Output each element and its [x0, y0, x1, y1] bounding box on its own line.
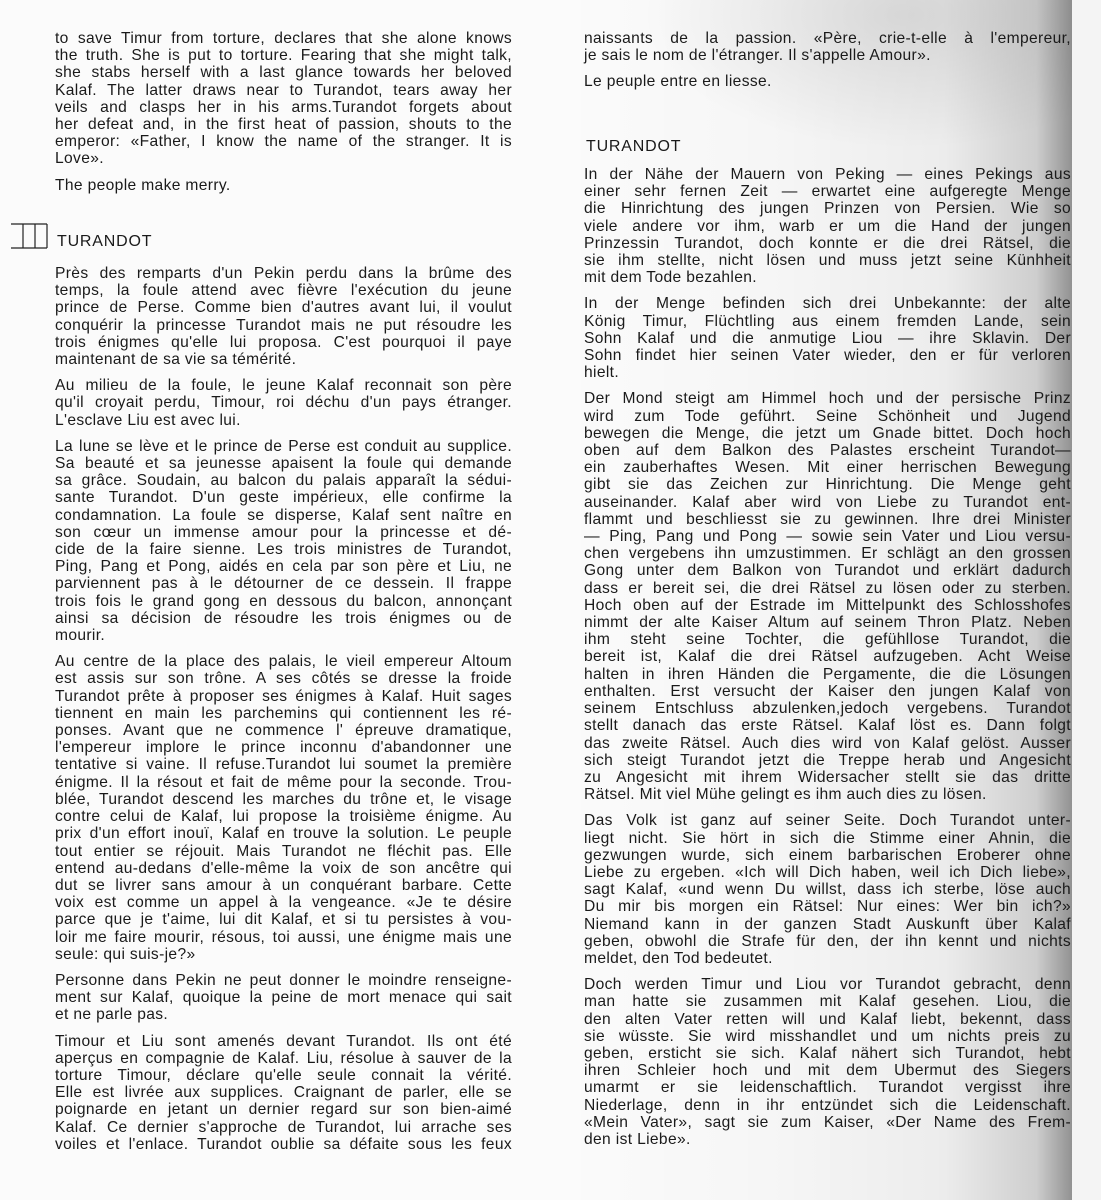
- text-line: maintenant de sa vie sa témérité.: [55, 351, 512, 368]
- text-line: est assis sur son trône. A ses côtés se …: [55, 670, 512, 687]
- paragraph: Das Volk ist ganz auf seiner Seite. Doch…: [584, 812, 1071, 967]
- text-line: Sa beauté et sa jeunesse apaisent la fou…: [55, 455, 512, 472]
- text-line: trois fois le grand gong en dessous du b…: [55, 593, 512, 610]
- text-line: chen vergebens ihn umzustimmen. Er schlä…: [584, 545, 1071, 562]
- text-line: den alten Vater retten will und Kalaf li…: [584, 1011, 1071, 1028]
- text-line: flammt und beschliesst sie zu gewinnen. …: [584, 511, 1071, 528]
- text-line: entend au-dedans d'elle-même la voix de …: [55, 860, 512, 877]
- text-line: veils and clasps her in his arms.Turando…: [55, 99, 512, 116]
- text-line: meldet, den Tod bedeutet.: [584, 950, 1071, 967]
- text-line: Au centre de la place des palais, le vie…: [55, 653, 512, 670]
- right-column: naissants de la passion. «Père, crie-t-e…: [584, 30, 1071, 100]
- text-line: Kalaf. The latter draws near to Turandot…: [55, 82, 512, 99]
- text-line: Elle est livrée aux supplices. Craignant…: [55, 1084, 512, 1101]
- text-line: sie ihm stellte, nicht lösen und muss je…: [584, 252, 1071, 269]
- text-line: ponses. Avant que ne commence l' épreuve…: [55, 722, 512, 739]
- french-synopsis-tail: naissants de la passion. «Père, crie-t-e…: [584, 30, 1071, 91]
- text-line: l'empereur implore le prince inconnu d'a…: [55, 739, 512, 756]
- text-line: aperçus en compagnie de Kalaf. Liu, réso…: [55, 1050, 512, 1067]
- text-line: Niederlage, denn in ihr entzündet sich d…: [584, 1097, 1071, 1114]
- french-section-heading: TURANDOT: [57, 233, 152, 251]
- text-line: gezwungen wurde, sich einem barbarischen…: [584, 847, 1071, 864]
- text-line: Der Mond steigt am Himmel hoch und der p…: [584, 390, 1071, 407]
- section-ii-marker-icon: [10, 222, 48, 250]
- paragraph: Doch werden Timur und Liou vor Turandot …: [584, 976, 1071, 1148]
- paragraph: Au centre de la place des palais, le vie…: [55, 653, 512, 963]
- text-line: voix est comme un appel à la vengeance. …: [55, 894, 512, 911]
- text-line: torture Timour, déclare qu'elle seule co…: [55, 1067, 512, 1084]
- text-line: oben auf dem Balkon des Palastes erschei…: [584, 442, 1071, 459]
- text-line: Personne dans Pekin ne peut donner le mo…: [55, 972, 512, 989]
- scanned-page: to save Timur from torture, declares tha…: [0, 0, 1101, 1200]
- text-line: Kalaf. Ce dernier s'approche de Turandot…: [55, 1119, 512, 1136]
- paragraph: Au milieu de la foule, le jeune Kalaf re…: [55, 377, 512, 429]
- text-line: Liebe zu ergeben. «Ich will Dich haben, …: [584, 864, 1071, 881]
- text-line: Love».: [55, 150, 512, 167]
- left-column: to save Timur from torture, declares tha…: [55, 30, 512, 203]
- text-line: Du mir bis morgen ein Rätsel: Nur eines:…: [584, 898, 1071, 915]
- text-line: sagt Kalaf, «und wenn Du willst, dass ic…: [584, 881, 1071, 898]
- text-line: naissants de la passion. «Père, crie-t-e…: [584, 30, 1071, 47]
- text-line: sie wüsste. Sie wird misshandlet und um …: [584, 1028, 1071, 1045]
- text-line: — Ping, Pang und Pong — sowie sein Vater…: [584, 528, 1071, 545]
- text-line: parviennent pas à le détourner de ce des…: [55, 575, 512, 592]
- text-line: geben, obwohl die Strafe für den, der ih…: [584, 933, 1071, 950]
- text-line: ainsi sa décision de résoudre les trois …: [55, 610, 512, 627]
- text-line: ment sur Kalaf, quoique la peine de mort…: [55, 989, 512, 1006]
- text-line: bereit ist, Kalaf die drei Rätsel aufzug…: [584, 648, 1071, 665]
- text-line: je sais le nom de l'étranger. Il s'appel…: [584, 47, 1071, 64]
- text-line: poignarde en jetant un dernier regard su…: [55, 1101, 512, 1118]
- text-line: Au milieu de la foule, le jeune Kalaf re…: [55, 377, 512, 394]
- text-line: Sohn Kalaf und die anmutige Liou — ihre …: [584, 330, 1071, 347]
- text-line: stellt danach das erste Rätsel. Kalaf lö…: [584, 717, 1071, 734]
- text-line: the truth. She is put to torture. Fearin…: [55, 47, 512, 64]
- text-line: loir me faire mourir, résous, toi aussi,…: [55, 929, 512, 946]
- text-line: König Timur, Flüchtling aus einem fremde…: [584, 313, 1071, 330]
- text-line: umarmt er sie leidenschaftlich. Turandot…: [584, 1079, 1071, 1096]
- paragraph: to save Timur from torture, declares tha…: [55, 30, 512, 168]
- english-synopsis-tail: to save Timur from torture, declares tha…: [55, 30, 512, 194]
- german-synopsis: In der Nähe der Mauern von Peking — eine…: [584, 166, 1071, 1157]
- text-line: et ne parle pas.: [55, 1006, 512, 1023]
- text-line: blée, Turandot descend les marches du tr…: [55, 791, 512, 808]
- text-line: Turandot prête à proposer ses énigmes à …: [55, 688, 512, 705]
- text-line: Das Volk ist ganz auf seiner Seite. Doch…: [584, 812, 1071, 829]
- text-line: La lune se lève et le prince de Perse es…: [55, 438, 512, 455]
- text-line: sa grâce. Soudain, au balcon du palais a…: [55, 472, 512, 489]
- text-line: «Mein Vater», sagt sie zum Kaiser, «Der …: [584, 1114, 1071, 1131]
- text-line: auseinander. Kalaf aber wird von Liebe z…: [584, 494, 1071, 511]
- text-line: tentative si vaine. Il refuse.Turandot l…: [55, 756, 512, 773]
- text-line: enthalten. Erst versucht der Kaiser den …: [584, 683, 1071, 700]
- text-line: cide de la faire sienne. Les trois minis…: [55, 541, 512, 558]
- text-line: to save Timur from torture, declares tha…: [55, 30, 512, 47]
- text-line: Timour et Liu sont amenés devant Turando…: [55, 1033, 512, 1050]
- text-line: trois énigmes qu'elle lui proposa. C'est…: [55, 334, 512, 351]
- text-line: gibt sie das Zeichen zur Hinrichtung. Di…: [584, 476, 1071, 493]
- text-line: parce que je t'aime, lui dit Kalaf, et s…: [55, 911, 512, 928]
- text-line: dut se livrer sans amour à un conquérant…: [55, 877, 512, 894]
- text-line: Ping, Pang et Pong, aidés en cela par so…: [55, 558, 512, 575]
- text-line: son cœur un immense amour pour la prince…: [55, 524, 512, 541]
- page-edge: [1072, 0, 1101, 1200]
- paragraph: Personne dans Pekin ne peut donner le mo…: [55, 972, 512, 1024]
- paragraph: naissants de la passion. «Père, crie-t-e…: [584, 30, 1071, 64]
- text-line: prix d'un effort inouï, Kalaf en trouve …: [55, 825, 512, 842]
- text-line: geben, ersticht sie sich. Kalaf nähert s…: [584, 1045, 1071, 1062]
- paragraph: Près des remparts d'un Pekin perdu dans …: [55, 265, 512, 368]
- text-line: tiennent en main les parchemins qui cont…: [55, 705, 512, 722]
- text-line: ihren Schleier hoch und mit dem Ubermut …: [584, 1062, 1071, 1079]
- text-line: sich steigt Turandot jetzt die Treppe he…: [584, 752, 1071, 769]
- text-line: sante Turandot. D'un geste impérieux, el…: [55, 489, 512, 506]
- text-line: seinem Entschluss abzulenken,jedoch verg…: [584, 700, 1071, 717]
- paragraph: La lune se lève et le prince de Perse es…: [55, 438, 512, 644]
- text-line: ein zauberhaftes Wesen. Mit einer herris…: [584, 459, 1071, 476]
- text-line: Prinzessin Turandot, doch konnte er die …: [584, 235, 1071, 252]
- text-line: ihm steht seine Tochter, die gefühllose …: [584, 631, 1071, 648]
- text-line: mourir.: [55, 627, 512, 644]
- text-line: Gong unter dem Balkon von Turandot und e…: [584, 562, 1071, 579]
- text-line: temps, la foule attend avec fièvre l'exé…: [55, 282, 512, 299]
- paragraph: In der Menge befinden sich drei Unbekann…: [584, 295, 1071, 381]
- text-line: Sohn findet hier seinen Vater wieder, de…: [584, 347, 1071, 364]
- text-line: wird zum Tode geführt. Seine Schönheit u…: [584, 408, 1071, 425]
- text-line: hielt.: [584, 364, 1071, 381]
- text-line: Le peuple entre en liesse.: [584, 73, 1071, 90]
- text-line: qu'il croyait perdu, Timour, roi déchu d…: [55, 394, 512, 411]
- text-line: Hoch oben auf der Estrade im Mittelpunkt…: [584, 597, 1071, 614]
- text-line: The people make merry.: [55, 177, 512, 194]
- text-line: prince de Perse. Comme bien d'autres ava…: [55, 299, 512, 316]
- text-line: die Hinrichtung des jungen Prinzen von P…: [584, 200, 1071, 217]
- paragraph: In der Nähe der Mauern von Peking — eine…: [584, 166, 1071, 286]
- german-section-heading: TURANDOT: [586, 138, 681, 156]
- text-line: einer sehr fernen Zeit — erwartet eine a…: [584, 183, 1071, 200]
- text-line: voiles et l'enlace. Turandot oublie sa d…: [55, 1136, 512, 1153]
- text-line: Rätsel. Mit viel Mühe gelingt es ihm auc…: [584, 786, 1071, 803]
- text-line: zu Angesicht mit ihrem Widersacher stell…: [584, 769, 1071, 786]
- text-line: énigme. Il la résout et fait de même pou…: [55, 774, 512, 791]
- text-line: condamnation. La foule se disperse, Kala…: [55, 507, 512, 524]
- text-line: viele andere vor ihm, warb er um die Han…: [584, 218, 1071, 235]
- text-line: she stabs herself with a last glance tow…: [55, 64, 512, 81]
- text-line: her defeat and, in the first heat of pas…: [55, 116, 512, 133]
- text-line: das zweite Rätsel. Auch dies wird von Ka…: [584, 735, 1071, 752]
- text-line: bewegen die Menge, die jetzt um Gnade bi…: [584, 425, 1071, 442]
- text-line: In der Nähe der Mauern von Peking — eine…: [584, 166, 1071, 183]
- text-line: man hatte sie zusammen mit Kalaf gesehen…: [584, 993, 1071, 1010]
- text-line: seule: qui suis-je?»: [55, 946, 512, 963]
- text-line: dass er bereit sei, die drei Rätsel zu l…: [584, 580, 1071, 597]
- text-line: nimmt der alte Kaiser Altum auf seinem T…: [584, 614, 1071, 631]
- text-line: mit dem Tode bezahlen.: [584, 269, 1071, 286]
- text-line: Près des remparts d'un Pekin perdu dans …: [55, 265, 512, 282]
- paragraph: Le peuple entre en liesse.: [584, 73, 1071, 90]
- text-line: L'esclave Liu est avec lui.: [55, 412, 512, 429]
- paragraph: Timour et Liu sont amenés devant Turando…: [55, 1033, 512, 1153]
- paragraph: Der Mond steigt am Himmel hoch und der p…: [584, 390, 1071, 803]
- text-line: den ist Liebe».: [584, 1131, 1071, 1148]
- paragraph: The people make merry.: [55, 177, 512, 194]
- text-line: halten in ihren Händen die Pergamente, d…: [584, 666, 1071, 683]
- text-line: conquérir la princesse Turandot mais ne …: [55, 317, 512, 334]
- text-line: tout entier se réjouit. Mais Turandot ne…: [55, 843, 512, 860]
- text-line: In der Menge befinden sich drei Unbekann…: [584, 295, 1071, 312]
- text-line: liegt nicht. Sie hört in sich die Stimme…: [584, 830, 1071, 847]
- text-line: Doch werden Timur und Liou vor Turandot …: [584, 976, 1071, 993]
- french-synopsis: Près des remparts d'un Pekin perdu dans …: [55, 265, 512, 1162]
- text-line: emperor: «Father, I know the name of the…: [55, 133, 512, 150]
- text-line: Niemand kann in der ganzen Stadt Auskunf…: [584, 916, 1071, 933]
- text-line: contre celui de Kalaf, lui propose la tr…: [55, 808, 512, 825]
